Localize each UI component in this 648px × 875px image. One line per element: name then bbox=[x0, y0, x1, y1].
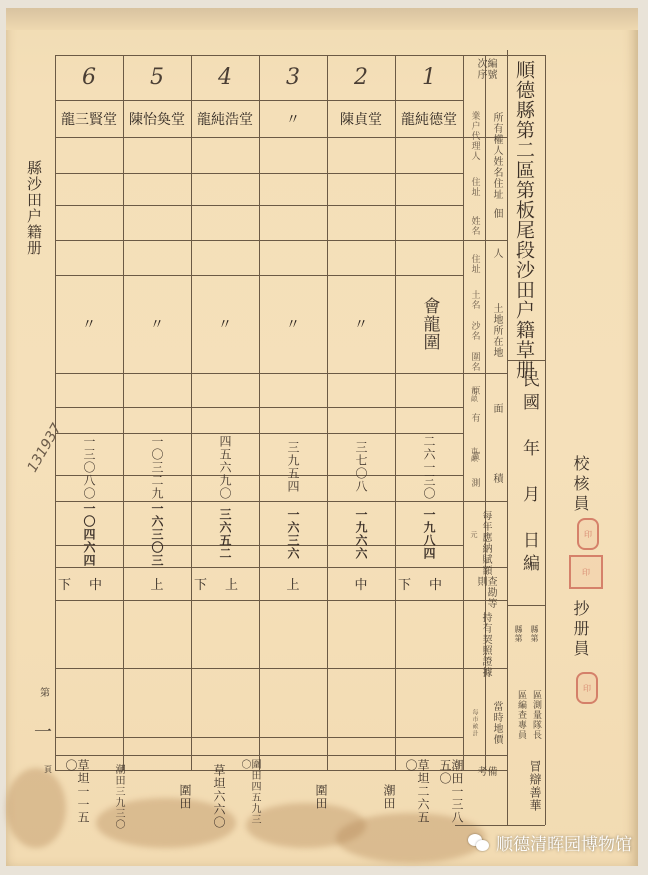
serial-4: 4 bbox=[191, 55, 259, 100]
owner-2: 陳貞堂 bbox=[327, 100, 395, 137]
grade-6: 下中 bbox=[55, 567, 123, 600]
land-3: 〃 bbox=[259, 275, 327, 373]
label-tenant: 佃人 bbox=[485, 208, 507, 288]
copier-seal-oval: 印 bbox=[576, 672, 598, 704]
verifier-seal-square: 印 bbox=[569, 555, 603, 589]
remarks-3: 圍田 bbox=[259, 755, 327, 834]
verifier-seal-oval: 印 bbox=[577, 518, 599, 550]
copier-label: 抄册員 bbox=[572, 600, 588, 660]
area-3: 三九五四 bbox=[259, 433, 327, 501]
remarks-4b: 草坦六六〇 bbox=[191, 755, 225, 834]
remarks-1a: 潮田一三八五〇 bbox=[429, 755, 463, 834]
footer-unit-2: 縣第 bbox=[530, 625, 538, 643]
label-tenant-address: 住址 bbox=[463, 246, 485, 281]
owner-4: 龍純浩堂 bbox=[191, 100, 259, 137]
side-page-number: 一 bbox=[34, 718, 52, 744]
register-table: 1 2 3 4 5 6 龍純德堂 陳貞堂 〃 龍純浩堂 陳怡奐堂 龍三賢堂 會龍… bbox=[55, 55, 507, 825]
label-tenant-name: 姓名 bbox=[463, 208, 485, 243]
label-deed: 持有契照證據 bbox=[463, 610, 507, 680]
land-6: 〃 bbox=[55, 275, 123, 373]
date-line: 民國 年 月 日編 bbox=[520, 370, 537, 577]
wechat-icon bbox=[468, 834, 490, 852]
owner-6: 龍三賢堂 bbox=[55, 100, 123, 137]
serial-5: 5 bbox=[123, 55, 191, 100]
land-5: 〃 bbox=[123, 275, 191, 373]
label-current-status-note: 每市畝計 bbox=[463, 698, 485, 748]
owner-1: 龍純德堂 bbox=[395, 100, 463, 137]
label-agent: 業户代理人 bbox=[463, 106, 485, 166]
label-current-status: 當時地價 bbox=[485, 683, 507, 763]
footer-note-1: 區編查專員 bbox=[516, 690, 525, 740]
side-title: 縣沙田户籍册 bbox=[26, 160, 41, 256]
grade-4: 下上 bbox=[191, 567, 259, 600]
remarks-5: 圍田 bbox=[123, 755, 191, 834]
footer-unit-1: 縣第 bbox=[514, 625, 522, 643]
rent-2: 一九六六 bbox=[327, 501, 395, 567]
owner-3: 〃 bbox=[259, 100, 327, 137]
grade-3: 上 bbox=[259, 567, 327, 600]
remarks-4a: 圍田四五九三〇 bbox=[225, 755, 259, 834]
grade-5: 上 bbox=[123, 567, 191, 600]
label-serial: 編號 次序 bbox=[463, 58, 507, 98]
area-2: 三七〇八 bbox=[327, 433, 395, 501]
land-1: 會龍圍 bbox=[395, 275, 463, 373]
grade-1: 下中 bbox=[395, 567, 463, 600]
rent-4: 三六五二 bbox=[191, 501, 259, 567]
rent-3: 一六三六 bbox=[259, 501, 327, 567]
footer-note-2: 區測量隊長 bbox=[531, 690, 540, 740]
area-1: 二六一三〇 bbox=[395, 433, 463, 501]
remarks-6a: 潮田三九三〇 bbox=[89, 755, 123, 834]
area-4: 四五六九〇 bbox=[191, 433, 259, 501]
area-5: 一〇三二九 bbox=[123, 433, 191, 501]
verifier-label: 校核員 bbox=[572, 455, 588, 515]
label-land-location: 土地所在地 bbox=[485, 283, 507, 378]
side-page-label: 第 bbox=[40, 684, 50, 699]
label-area-original: 原有 bbox=[463, 383, 485, 443]
serial-6: 6 bbox=[55, 55, 123, 100]
label-area-actual: 實測 bbox=[463, 448, 485, 508]
serial-2: 2 bbox=[327, 55, 395, 100]
label-land-sub: 土名 沙名 圍名 bbox=[463, 283, 485, 378]
footer-signature: 冒辯善華 bbox=[529, 760, 541, 812]
rent-6: 一〇四六四 bbox=[55, 501, 123, 567]
serial-3: 3 bbox=[259, 55, 327, 100]
rent-1: 一九八四 bbox=[395, 501, 463, 567]
side-page-unit: 頁 bbox=[44, 764, 52, 775]
serial-1: 1 bbox=[395, 55, 463, 100]
area-6: 一三〇八〇 bbox=[55, 433, 123, 501]
grade-2: 中 bbox=[327, 567, 395, 600]
watermark: 顺德清晖园博物馆 bbox=[468, 830, 632, 855]
header-labels-column: 編號 次序 所有權人姓名住址 業户代理人 住址 佃人 姓名 住址 土地所在地 土… bbox=[463, 58, 507, 828]
rent-5: 一六三〇三 bbox=[123, 501, 191, 567]
land-2: 〃 bbox=[327, 275, 395, 373]
owner-5: 陳怡奐堂 bbox=[123, 100, 191, 137]
label-owner: 所有權人姓名住址 bbox=[485, 106, 507, 206]
label-annual-rent: 每年應納賦額 bbox=[463, 510, 507, 576]
label-grade: 查勘等則 bbox=[463, 576, 507, 610]
remarks-6b: 草坦一一五〇 bbox=[55, 755, 89, 834]
remarks-2: 潮田 bbox=[327, 755, 395, 834]
watermark-text: 顺德清晖园博物馆 bbox=[496, 830, 632, 855]
document-title: 順德縣第二區第板尾段沙田户籍草册 bbox=[514, 60, 533, 380]
label-agent-address: 住址 bbox=[463, 168, 485, 206]
land-4: 〃 bbox=[191, 275, 259, 373]
remarks-1b: 草坦二六五〇 bbox=[395, 755, 429, 834]
